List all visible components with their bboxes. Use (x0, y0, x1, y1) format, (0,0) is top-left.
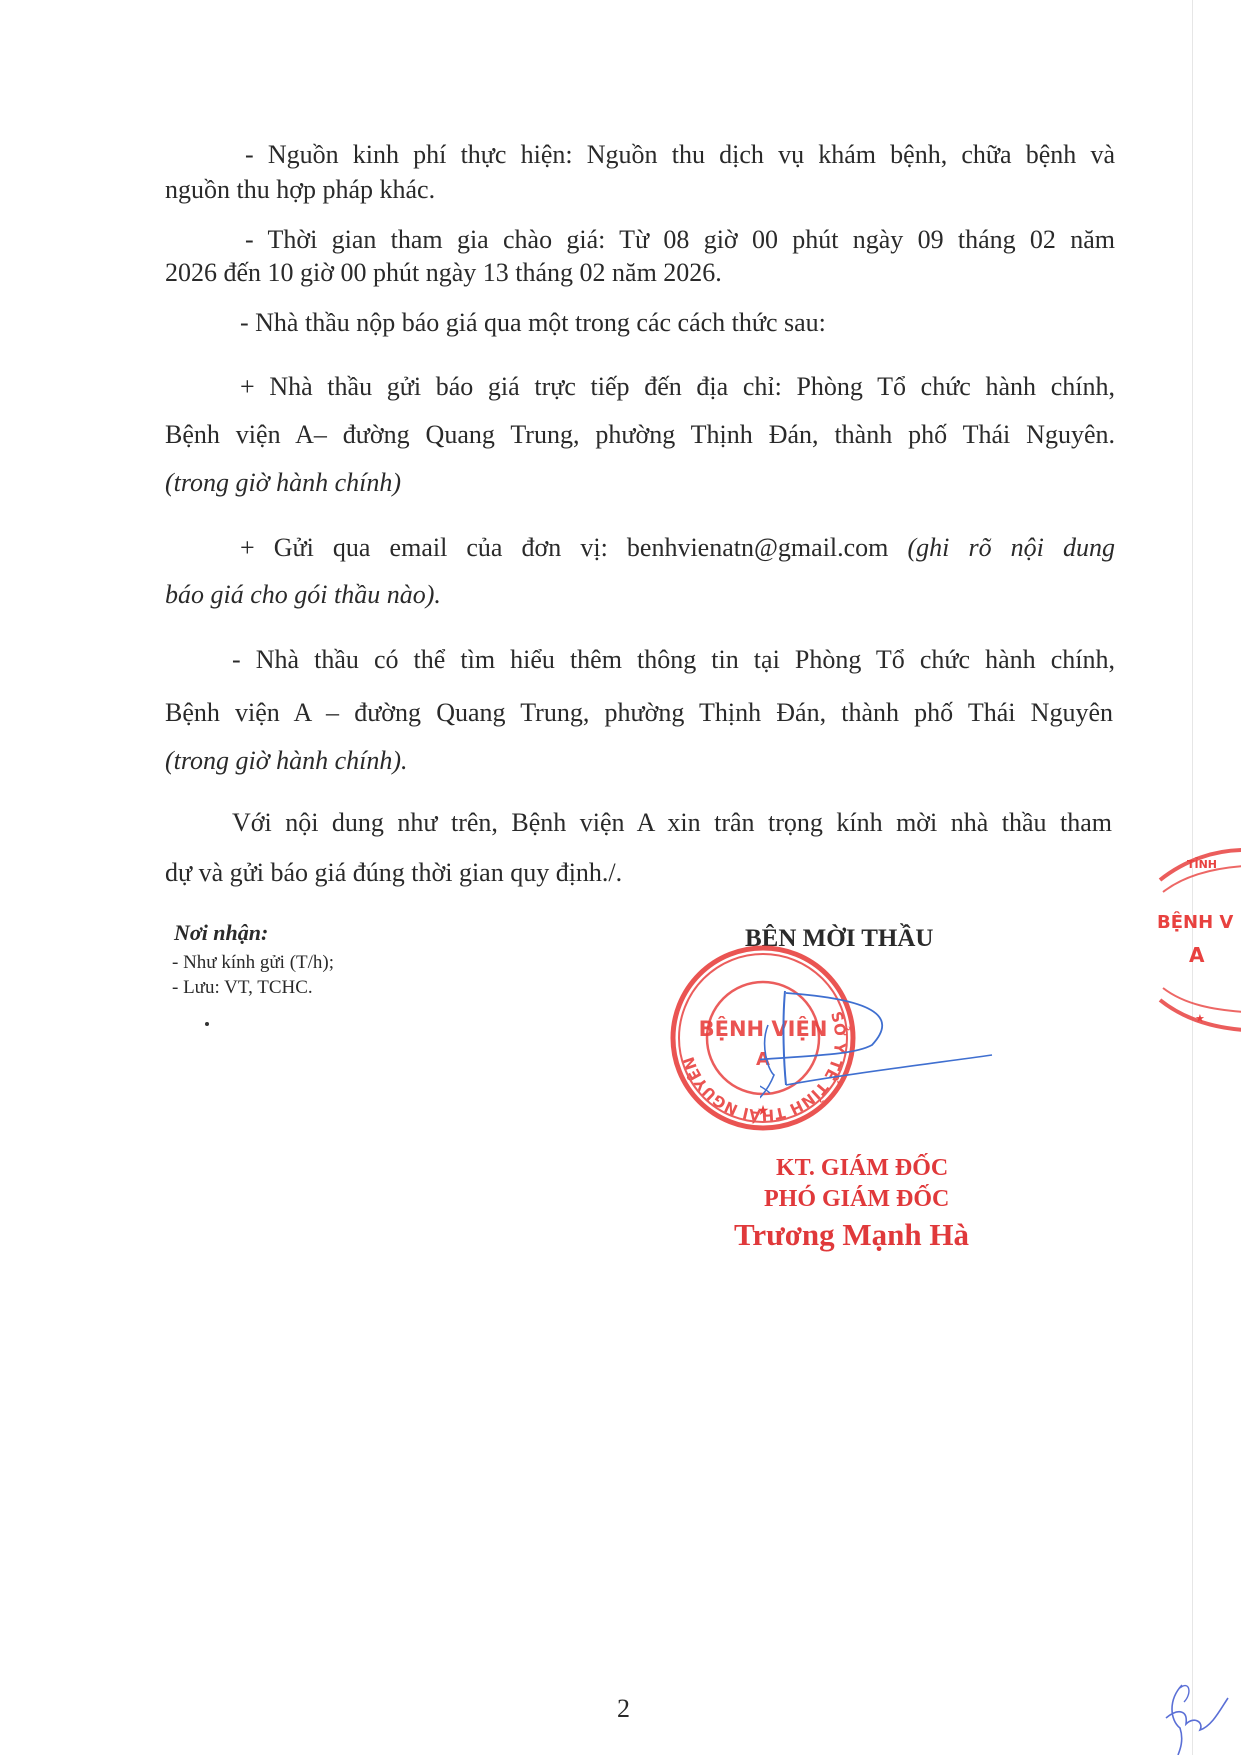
side-seal-stamp-icon: TỈNH BỆNH V A ★ (1155, 840, 1241, 1040)
submission-methods-intro: - Nhà thầu nộp báo giá qua một trong các… (240, 308, 826, 338)
info-line-2: Bệnh viện A – đường Quang Trung, phường … (165, 698, 1113, 728)
direct-submission-hours: (trong giờ hành chính) (165, 468, 401, 498)
closing-line-2: dự và gửi báo giá đúng thời gian quy địn… (165, 858, 622, 888)
email-prefix: + Gửi qua email của đơn vị: (240, 533, 627, 562)
closing-line-1: Với nội dung như trên, Bệnh viện A xin t… (232, 808, 1112, 838)
signer-name: Trương Mạnh Hà (734, 1217, 969, 1253)
email-address[interactable]: benhvienatn@gmail.com (627, 533, 889, 562)
time-line-1: - Thời gian tham gia chào giá: Từ 08 giờ… (245, 225, 1115, 255)
initials-mark-icon (1160, 1680, 1230, 1755)
funding-line-1: - Nguồn kinh phí thực hiện: Nguồn thu dị… (245, 140, 1115, 170)
stray-dot (205, 1022, 209, 1026)
handwritten-signature-icon (760, 985, 1000, 1105)
email-submission-line-2: báo giá cho gói thầu nào). (165, 580, 441, 610)
funding-line-2: nguồn thu hợp pháp khác. (165, 175, 435, 205)
time-line-2: 2026 đến 10 giờ 00 phút ngày 13 tháng 02… (165, 258, 722, 288)
page-number: 2 (617, 1694, 630, 1724)
side-stamp-middle-text: BỆNH V (1157, 911, 1233, 933)
direct-submission-line-2: Bệnh viện A– đường Quang Trung, phường T… (165, 420, 1115, 450)
info-hours: (trong giờ hành chính). (165, 746, 408, 776)
signer-position-1: KT. GIÁM ĐỐC (776, 1155, 948, 1182)
info-line-1: - Nhà thầu có thể tìm hiểu thêm thông ti… (232, 645, 1115, 675)
side-stamp-top-text: TỈNH (1187, 857, 1217, 871)
signer-position-2: PHÓ GIÁM ĐỐC (764, 1186, 949, 1213)
recipient-item: - Lưu: VT, TCHC. (172, 975, 334, 1000)
recipients-block: Nơi nhận: - Như kính gửi (T/h); - Lưu: V… (172, 920, 334, 1000)
email-submission-line-1: + Gửi qua email của đơn vị: benhvienatn@… (240, 533, 1115, 563)
email-note: (ghi rõ nội dung (888, 533, 1115, 562)
recipients-title: Nơi nhận: (174, 920, 334, 946)
side-stamp-letter: A (1189, 943, 1205, 967)
recipient-item: - Như kính gửi (T/h); (172, 950, 334, 975)
direct-submission-line-1: + Nhà thầu gửi báo giá trực tiếp đến địa… (240, 372, 1115, 402)
svg-text:★: ★ (757, 1104, 770, 1119)
svg-text:★: ★ (1195, 1013, 1205, 1025)
